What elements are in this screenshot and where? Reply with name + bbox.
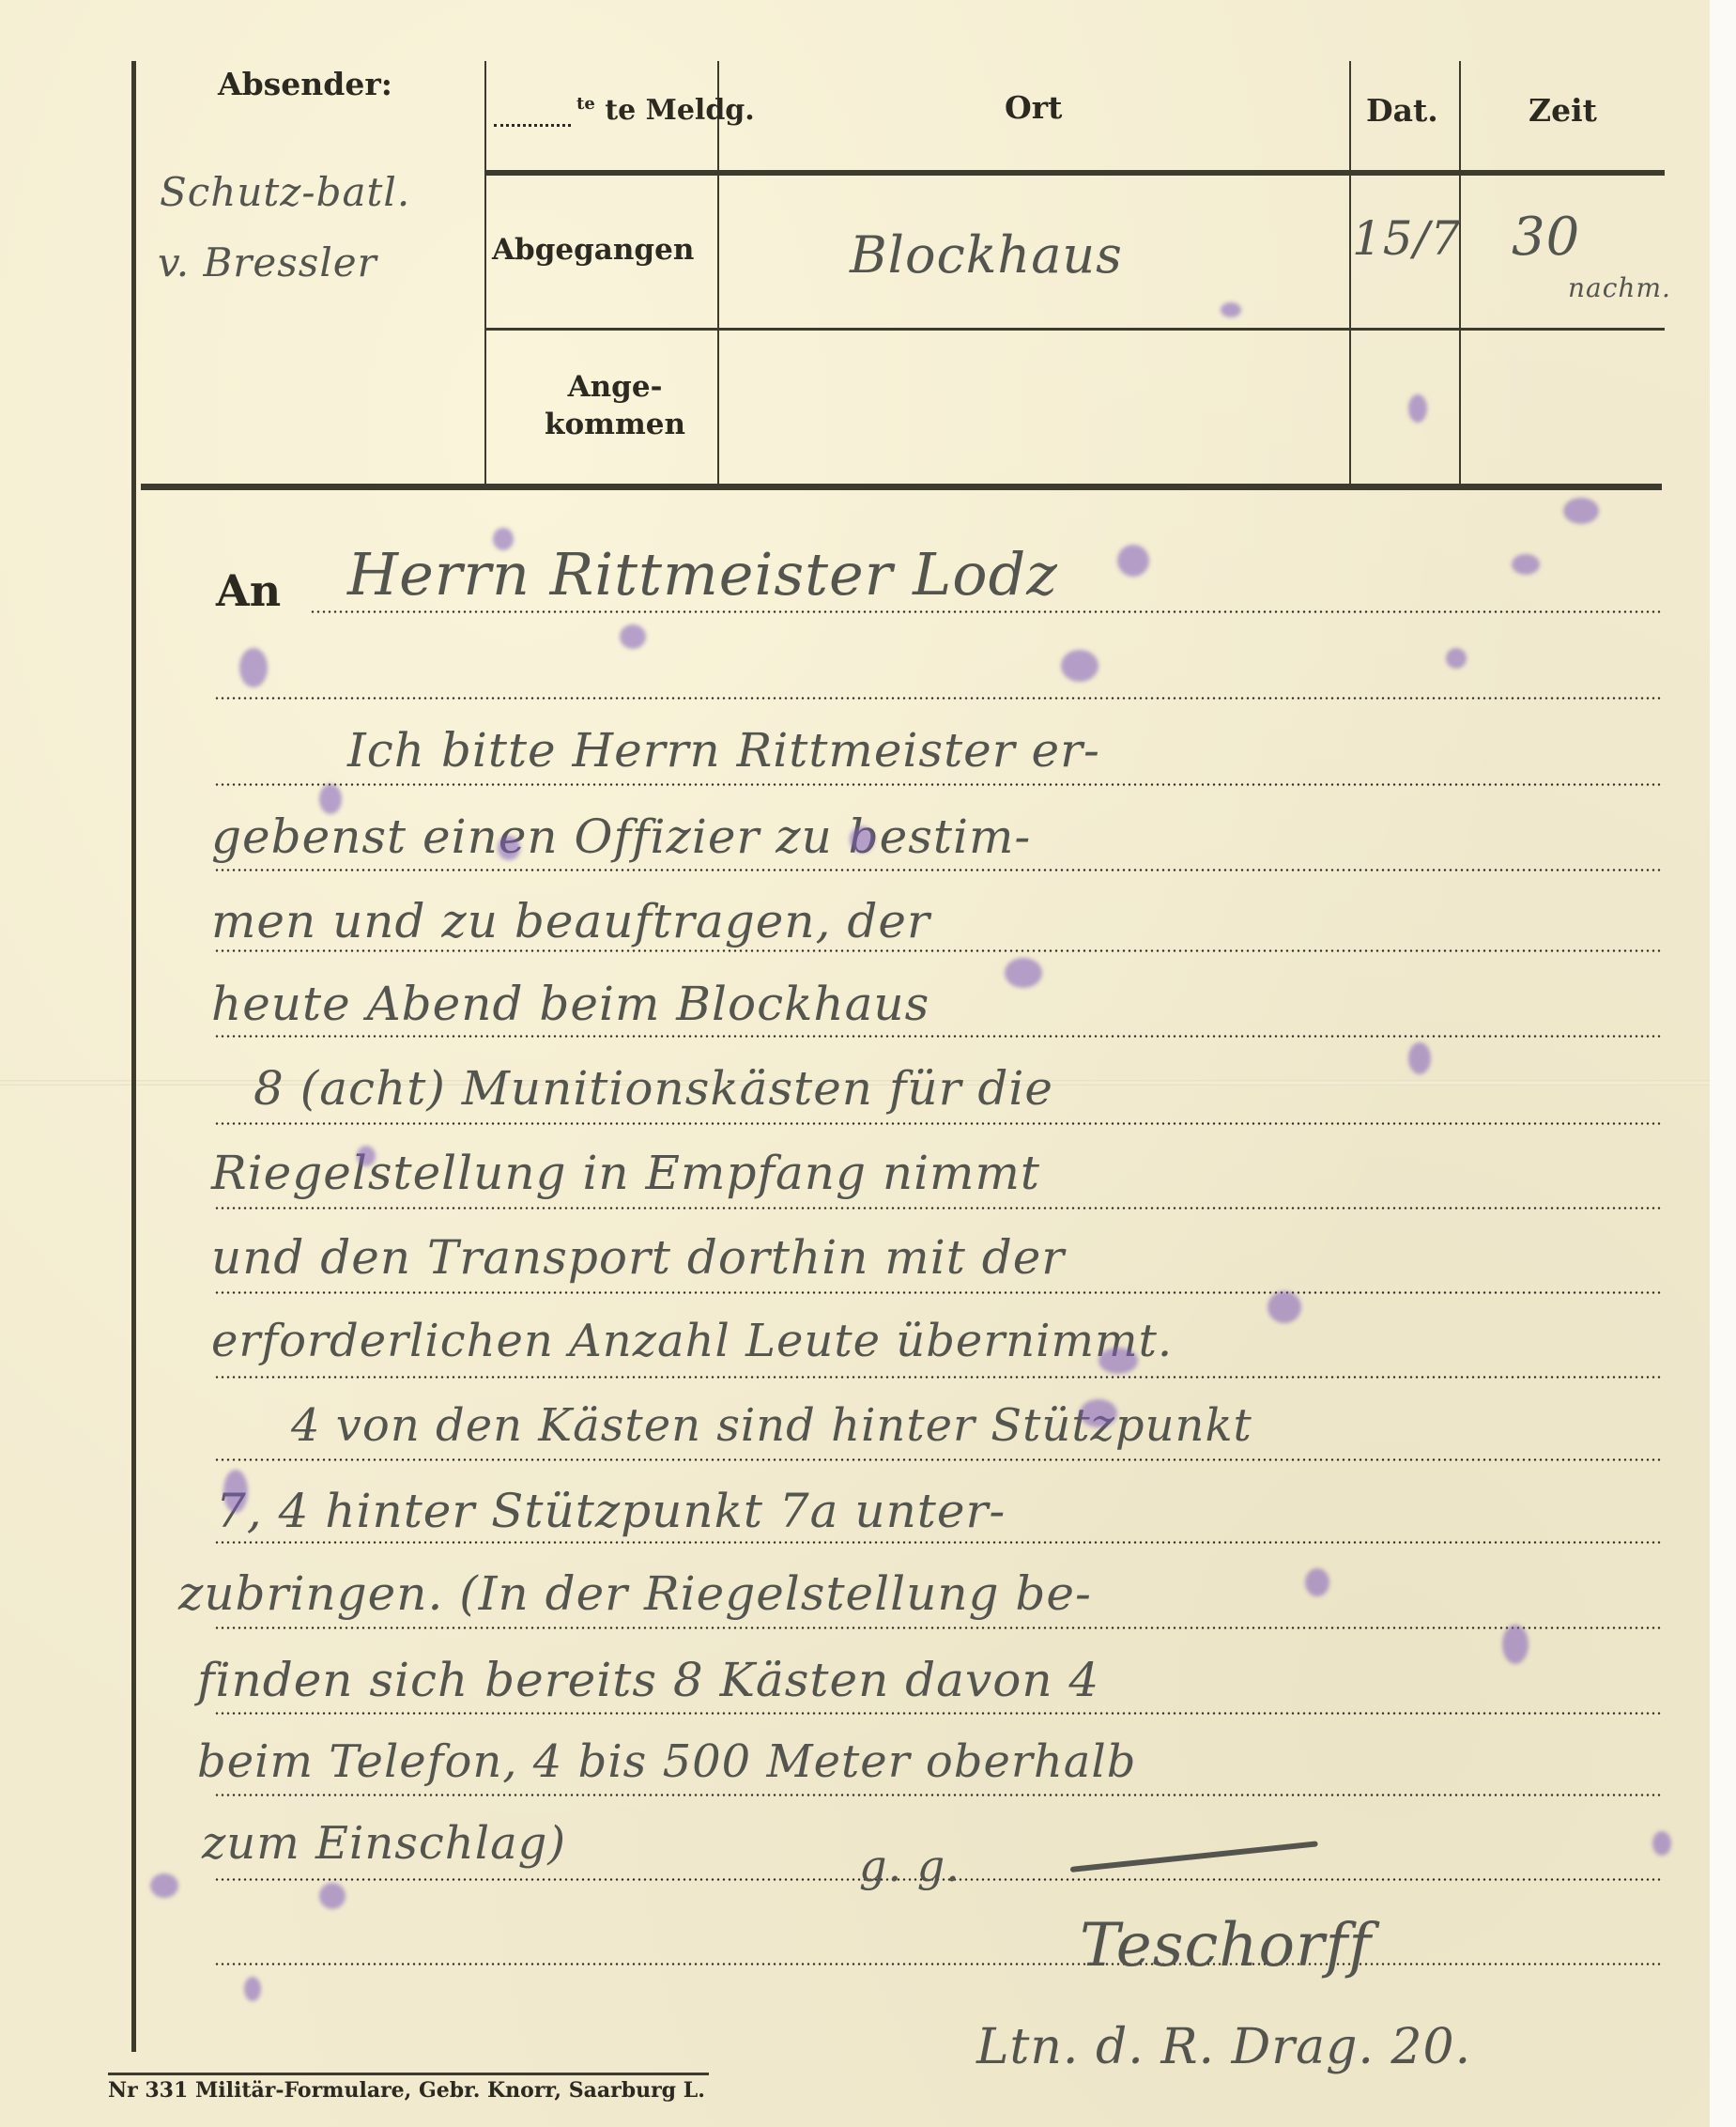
arrived-label: Ange- kommen [545, 368, 685, 443]
ink-stain [1061, 650, 1098, 682]
header-rule-bottom [141, 484, 1662, 490]
ruled-line-9 [214, 1376, 1662, 1379]
ruled-line-1 [214, 697, 1662, 700]
ink-stain [1098, 1348, 1138, 1374]
signature-name: Teschorff [1080, 1911, 1372, 1981]
header-col-divider-1 [484, 61, 486, 484]
header-rule-mid [486, 328, 1665, 331]
time-label: Zeit [1529, 92, 1597, 129]
ruled-line-7 [214, 1207, 1662, 1210]
left-margin-rule [131, 61, 136, 2052]
ink-stain [850, 826, 874, 853]
report-no-suffix: te [576, 94, 595, 114]
ruled-line-13 [214, 1712, 1662, 1715]
ink-stain [319, 784, 342, 814]
sender-label: Absender: [218, 66, 392, 102]
ruled-line-5 [214, 1035, 1662, 1038]
ruled-line-11 [214, 1541, 1662, 1544]
departed-time[interactable]: 30 [1512, 207, 1580, 268]
ink-stain [493, 528, 514, 550]
ruled-line-10 [214, 1458, 1662, 1461]
ruled-line-16 [214, 1963, 1662, 1965]
report-no-label: te Meldg. [605, 94, 754, 127]
report-no-dots[interactable] [494, 124, 571, 127]
ruled-line-3 [214, 869, 1662, 871]
departed-date[interactable]: 15/7 [1352, 211, 1461, 266]
body-line[interactable]: gebenst einen Offizier zu bestim- [211, 809, 1031, 864]
body-line[interactable]: Ich bitte Herrn Rittmeister er- [347, 723, 1100, 778]
printer-imprint: Nr 331 Militär-Formulare, Gebr. Knorr, S… [108, 2078, 705, 2103]
signature-rank: Ltn. d. R. Drag. 20. [976, 2019, 1471, 2075]
ruled-line-6 [214, 1122, 1662, 1125]
ink-stain [1408, 394, 1427, 423]
to-label: An [216, 565, 281, 616]
body-line[interactable]: zubringen. (In der Riegelstellung be- [178, 1566, 1092, 1621]
ink-stain [498, 836, 520, 860]
ink-stain [1080, 1399, 1117, 1427]
header-col-divider-3 [1349, 61, 1351, 484]
place-label: Ort [1005, 89, 1062, 126]
report-no-field: te te Meldg. [494, 94, 755, 127]
to-line [310, 610, 1662, 613]
body-line[interactable]: beim Telefon, 4 bis 500 Meter oberhalb [197, 1735, 1136, 1788]
departed-label: Abgegangen [492, 233, 694, 267]
ruled-line-8 [214, 1291, 1662, 1294]
departed-place[interactable]: Blockhaus [850, 225, 1123, 285]
ink-stain [319, 1883, 346, 1909]
ink-stain [1446, 648, 1467, 669]
ink-stain [1267, 1291, 1301, 1323]
ink-stain [620, 624, 646, 649]
to-value[interactable]: Herrn Rittmeister Lodz [347, 540, 1058, 609]
ink-stain [1117, 545, 1149, 577]
ink-stain [1221, 302, 1241, 317]
body-line[interactable]: heute Abend beim Blockhaus [211, 977, 929, 1031]
sender-line-1[interactable]: Schutz-batl. [160, 169, 410, 215]
sender-line-2[interactable]: v. Bressler [158, 239, 377, 285]
footer-rule [108, 2073, 709, 2075]
date-label: Dat. [1366, 92, 1438, 129]
body-line[interactable]: 7, 4 hinter Stützpunkt 7a unter- [216, 1484, 1006, 1538]
ink-stain [1652, 1831, 1671, 1856]
ink-stain [1512, 554, 1540, 575]
header-rule-top [486, 170, 1665, 176]
ruled-line-12 [214, 1626, 1662, 1629]
ink-stain [1305, 1568, 1329, 1596]
signature-prefix: g. g. [859, 1841, 960, 1891]
body-line[interactable]: men und zu beauftragen, der [211, 894, 930, 948]
ruled-line-4 [214, 949, 1662, 952]
header-col-divider-4 [1459, 61, 1461, 484]
body-line[interactable]: finden sich bereits 8 Kästen davon 4 [197, 1653, 1099, 1707]
ink-stain [150, 1873, 178, 1898]
scan-margin [1710, 0, 1736, 2127]
ink-stain [1502, 1625, 1529, 1664]
ruled-line-2 [214, 783, 1662, 786]
ruled-line-14 [214, 1794, 1662, 1796]
ink-stain [357, 1146, 376, 1166]
ink-stain [223, 1470, 248, 1513]
body-line[interactable]: erforderlichen Anzahl Leute übernimmt. [211, 1315, 1173, 1367]
body-line[interactable]: zum Einschlag) [202, 1817, 566, 1870]
ink-stain [1408, 1042, 1431, 1074]
ink-stain [1563, 498, 1599, 524]
ink-stain [1005, 958, 1042, 988]
body-line[interactable]: 8 (acht) Munitionskästen für die [253, 1061, 1053, 1116]
body-line[interactable]: und den Transport dorthin mit der [211, 1230, 1065, 1285]
ink-stain [244, 1977, 261, 2001]
ink-stain [239, 648, 268, 687]
body-line[interactable]: Riegelstellung in Empfang nimmt [211, 1146, 1040, 1200]
departed-time-suffix[interactable]: nachm. [1568, 272, 1671, 303]
